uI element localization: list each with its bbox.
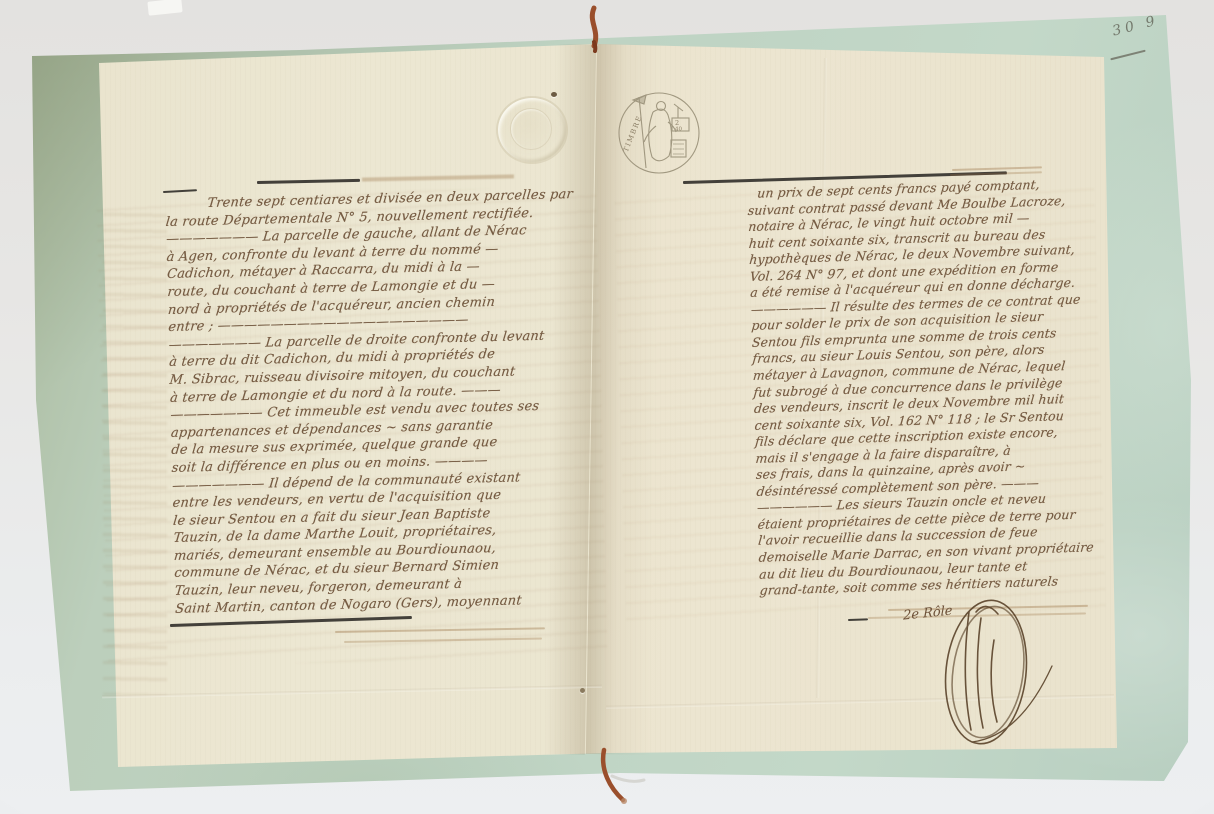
left-page-text: Trente sept centiares et divisée en deux…: [164, 185, 614, 618]
shield-marks: [673, 144, 684, 154]
binding-thread-bottom: [585, 742, 655, 812]
paraph-signature-flourish: [920, 590, 1080, 760]
paraph-stroke-3: [991, 640, 997, 722]
photograph-of-notarial-deed: 30 9 2 40 TIMBRE Trente sept centiares e…: [0, 0, 1214, 814]
paper-hole-bottom: [580, 688, 585, 693]
axe-head-icon: [633, 95, 646, 104]
scales-icon: [674, 104, 683, 118]
paraph-tail: [972, 666, 1052, 742]
paper-hole-top: [551, 92, 557, 97]
right-page-text: un prix de sept cents francs payé compta…: [746, 174, 1139, 599]
timbre-revenue-stamp: 2 40 TIMBRE: [612, 88, 706, 182]
paraph-stroke-2: [977, 618, 983, 728]
background-paper-scrap: [147, 0, 182, 16]
stamp-ring-text: TIMBRE: [622, 114, 644, 153]
binding-thread-top: [575, 2, 625, 62]
stamp-value-bottom: 40: [675, 127, 682, 133]
allegorical-figure-icon: [649, 109, 672, 161]
embossed-blind-seal: [496, 96, 568, 164]
paraph-stroke-1: [965, 612, 971, 730]
pike-icon: [639, 97, 646, 168]
